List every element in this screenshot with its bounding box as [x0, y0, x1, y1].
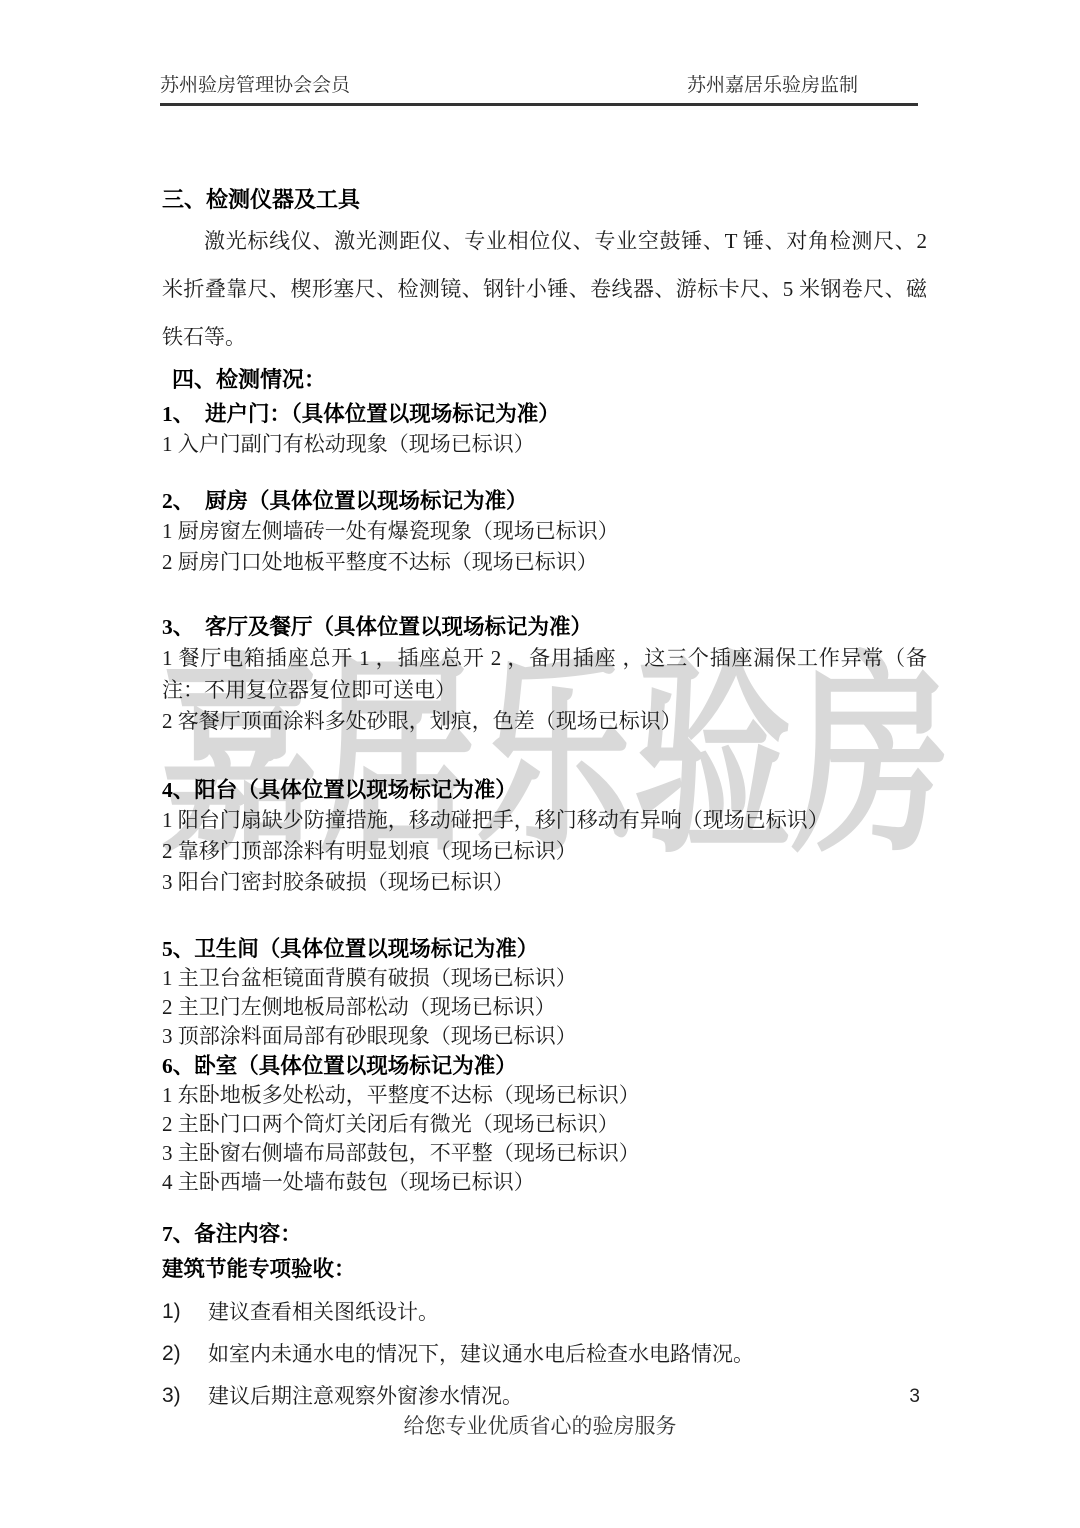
- section-4-title: 四、检测情况：: [162, 365, 927, 395]
- defect-item: 1 东卧地板多处松动，平整度不达标（现场已标识）: [162, 1081, 927, 1110]
- defect-item: 2 客餐厅顶面涂料多处砂眼，划痕，色差（现场已标识）: [162, 706, 927, 737]
- defect-item: 1 入户门副门有松动现象（现场已标识）: [162, 429, 927, 460]
- defect-item: 2 厨房门口处地板平整度不达标（现场已标识）: [162, 547, 927, 578]
- document-content: 三、检测仪器及工具 激光标线仪、激光测距仪、专业相位仪、专业空鼓锤、T 锤、对角…: [162, 185, 927, 1410]
- header-right-text: 苏州嘉居乐验房监制: [687, 70, 918, 97]
- group-title: 6、卧室（具体位置以现场标记为准）: [162, 1051, 927, 1081]
- note-text: 建议查看相关图纸设计。: [208, 1298, 439, 1326]
- document-page: 嘉居乐验房 苏州验房管理协会会员 苏州嘉居乐验房监制 三、检测仪器及工具 激光标…: [0, 0, 1080, 1528]
- page-number: 3: [909, 1386, 920, 1408]
- notes-subtitle: 建筑节能专项验收：: [162, 1254, 927, 1284]
- group-title: 1、 进户门：（具体位置以现场标记为准）: [162, 399, 927, 429]
- note-marker: 2): [162, 1340, 208, 1368]
- defect-item: 2 主卫门左侧地板局部松动（现场已标识）: [162, 993, 927, 1022]
- group-balcony: 4、阳台（具体位置以现场标记为准） 1 阳台门扇缺少防撞措施，移动碰把手，移门移…: [162, 775, 927, 898]
- group-title: 5、卫生间（具体位置以现场标记为准）: [162, 934, 927, 964]
- group-living-dining: 3、 客厅及餐厅（具体位置以现场标记为准） 1 餐厅电箱插座总开 1 ，插座总开…: [162, 612, 927, 737]
- note-item: 1) 建议查看相关图纸设计。: [162, 1298, 927, 1326]
- header-left-text: 苏州验房管理协会会员: [160, 70, 350, 97]
- defect-item: 4 主卧西墙一处墙布鼓包（现场已标识）: [162, 1168, 927, 1197]
- page-header: 苏州验房管理协会会员 苏州嘉居乐验房监制: [160, 70, 918, 106]
- footer-slogan: 给您专业优质省心的验房服务: [162, 1410, 918, 1440]
- section-3-title: 三、检测仪器及工具: [162, 185, 927, 215]
- group-entry-door: 1、 进户门：（具体位置以现场标记为准） 1 入户门副门有松动现象（现场已标识）: [162, 399, 927, 460]
- defect-item: 1 主卫台盆柜镜面背膜有破损（现场已标识）: [162, 964, 927, 993]
- defect-item: 3 阳台门密封胶条破损（现场已标识）: [162, 867, 927, 898]
- note-marker: 1): [162, 1298, 208, 1326]
- defect-item: 1 阳台门扇缺少防撞措施，移动碰把手，移门移动有异响（现场已标识）: [162, 805, 927, 836]
- group-title: 2、 厨房（具体位置以现场标记为准）: [162, 486, 927, 516]
- notes-section: 7、备注内容： 建筑节能专项验收： 1) 建议查看相关图纸设计。 2) 如室内未…: [162, 1219, 927, 1410]
- defect-item: 2 靠移门顶部涂料有明显划痕（现场已标识）: [162, 836, 927, 867]
- defect-item: 1 餐厅电箱插座总开 1 ，插座总开 2 ，备用插座 ，这三个插座漏保工作异常（…: [162, 642, 927, 706]
- group-title: 3、 客厅及餐厅（具体位置以现场标记为准）: [162, 612, 927, 642]
- defect-item: 3 顶部涂料面局部有砂眼现象（现场已标识）: [162, 1022, 927, 1051]
- note-item: 3) 建议后期注意观察外窗渗水情况。: [162, 1382, 927, 1410]
- group-bathroom: 5、卫生间（具体位置以现场标记为准） 1 主卫台盆柜镜面背膜有破损（现场已标识）…: [162, 934, 927, 1051]
- note-text: 建议后期注意观察外窗渗水情况。: [208, 1382, 523, 1410]
- defect-item: 1 厨房窗左侧墙砖一处有爆瓷现象（现场已标识）: [162, 516, 927, 547]
- note-marker: 3): [162, 1382, 208, 1410]
- group-kitchen: 2、 厨房（具体位置以现场标记为准） 1 厨房窗左侧墙砖一处有爆瓷现象（现场已标…: [162, 486, 927, 578]
- notes-title: 7、备注内容：: [162, 1219, 927, 1249]
- tools-paragraph: 激光标线仪、激光测距仪、专业相位仪、专业空鼓锤、T 锤、对角检测尺、2 米折叠靠…: [162, 217, 927, 361]
- note-item: 2) 如室内未通水电的情况下，建议通水电后检查水电路情况。: [162, 1340, 927, 1368]
- note-text: 如室内未通水电的情况下，建议通水电后检查水电路情况。: [208, 1340, 754, 1368]
- group-title: 4、阳台（具体位置以现场标记为准）: [162, 775, 927, 805]
- group-bedroom: 6、卧室（具体位置以现场标记为准） 1 东卧地板多处松动，平整度不达标（现场已标…: [162, 1051, 927, 1197]
- defect-item: 3 主卧窗右侧墙布局部鼓包，不平整（现场已标识）: [162, 1139, 927, 1168]
- defect-item: 2 主卧门口两个筒灯关闭后有微光（现场已标识）: [162, 1110, 927, 1139]
